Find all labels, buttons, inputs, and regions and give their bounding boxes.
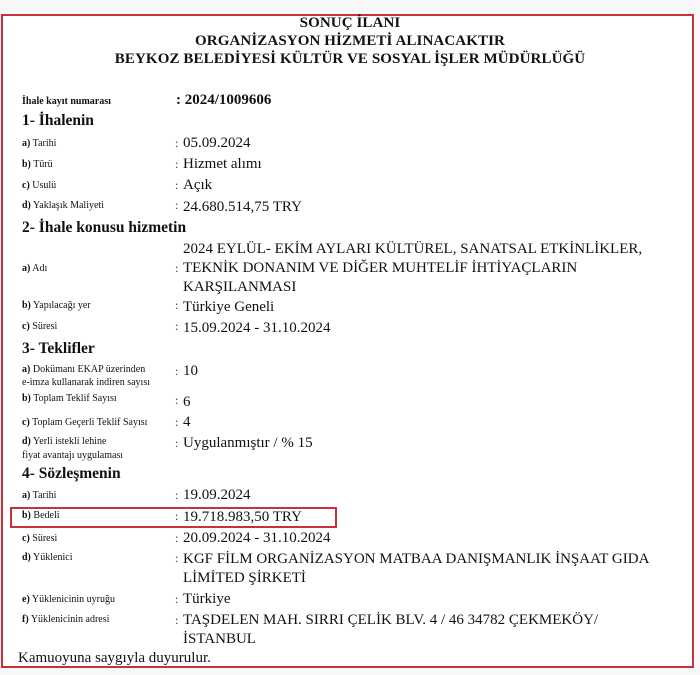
valid-bid-count-value: 4 [183, 413, 191, 431]
section-title-2: 2- İhale konusu hizmetin [22, 219, 186, 237]
colon: : [175, 436, 178, 451]
colon: : [175, 551, 178, 566]
colon: : [175, 364, 178, 379]
contractor-name-line-2: LİMİTED ŞİRKETİ [183, 569, 306, 587]
registration-number-value: : 2024/1009606 [176, 92, 271, 109]
field-label: c) Süresi [22, 321, 57, 333]
registration-number-label: İhale kayıt numarası [22, 96, 111, 107]
colon: : [175, 415, 178, 430]
contractor-nationality-value: Türkiye [183, 590, 230, 608]
colon: : [175, 613, 178, 628]
tender-type-value: Hizmet alımı [183, 155, 262, 173]
field-label: b) Türü [22, 159, 53, 171]
section-title-3: 3- Teklifler [22, 340, 95, 358]
field-label: b) Bedeli [22, 510, 60, 522]
colon: : [175, 488, 178, 503]
field-label: c) Usulü [22, 180, 56, 192]
doc-download-count-value: 10 [183, 362, 198, 380]
field-label: b) Yapılacağı yer [22, 300, 91, 312]
field-label: a) Dokümanı EKAP üzerinden [22, 364, 145, 376]
field-label: c) Toplam Geçerli Teklif Sayısı [22, 417, 147, 429]
colon: : [175, 592, 178, 607]
estimated-cost-value: 24.680.514,75 TRY [183, 198, 302, 216]
colon: : [175, 136, 178, 151]
service-location-value: Türkiye Geneli [183, 298, 274, 316]
service-duration-value: 15.09.2024 - 31.10.2024 [183, 319, 331, 337]
tender-procedure-value: Açık [183, 176, 212, 194]
total-bid-count-value: 6 [183, 393, 191, 411]
field-label-cont: fiyat avantajı uygulaması [22, 450, 123, 462]
tender-date-value: 05.09.2024 [183, 134, 251, 152]
field-label: a) Tarihi [22, 138, 56, 150]
field-label: d) Yaklaşık Maliyeti [22, 200, 104, 212]
contractor-address-line-1: TAŞDELEN MAH. SIRRI ÇELİK BLV. 4 / 46 34… [183, 611, 598, 629]
colon: : [175, 531, 178, 546]
field-label: c) Süresi [22, 533, 57, 545]
doc-institution: BEYKOZ BELEDİYESİ KÜLTÜR VE SOSYAL İŞLER… [0, 51, 700, 68]
service-name-line-3: KARŞILANMASI [183, 278, 296, 296]
section-title-4: 4- Sözleşmenin [22, 465, 121, 483]
contract-duration-value: 20.09.2024 - 31.10.2024 [183, 529, 331, 547]
colon: : [175, 157, 178, 172]
service-name-line-2: TEKNİK DONANIM VE DİĞER MUHTELİF İHTİYAÇ… [183, 259, 577, 277]
closing-statement: Kamuoyuna saygıyla duyurulur. [18, 650, 211, 667]
contract-date-value: 19.09.2024 [183, 486, 251, 504]
field-label: a) Adı [22, 263, 47, 275]
domestic-advantage-value: Uygulanmıştır / % 15 [183, 434, 313, 452]
contractor-address-line-2: İSTANBUL [183, 630, 256, 648]
field-label: b) Toplam Teklif Sayısı [22, 393, 117, 405]
colon: : [175, 319, 178, 334]
colon: : [175, 261, 178, 276]
colon: : [175, 393, 178, 408]
announcement-frame [1, 14, 694, 668]
field-label: a) Tarihi [22, 490, 56, 502]
field-label: d) Yerli istekli lehine [22, 436, 106, 448]
contract-price-value: 19.718.983,50 TRY [183, 508, 302, 526]
colon: : [175, 298, 178, 313]
colon: : [175, 178, 178, 193]
doc-title: SONUÇ İLANI [0, 15, 700, 32]
field-label: f) Yüklenicinin adresi [22, 614, 109, 626]
section-title-1: 1- İhalenin [22, 112, 94, 130]
service-name-line-1: 2024 EYLÜL- EKİM AYLARI KÜLTÜREL, SANATS… [183, 240, 642, 258]
doc-subtitle: ORGANİZASYON HİZMETİ ALINACAKTIR [0, 33, 700, 50]
colon: : [175, 509, 178, 524]
field-label-cont: e-imza kullanarak indiren sayısı [22, 377, 150, 389]
field-label: e) Yüklenicinin uyruğu [22, 594, 115, 606]
colon: : [175, 198, 178, 213]
contractor-name-line-1: KGF FİLM ORGANİZASYON MATBAA DANIŞMANLIK… [183, 550, 649, 568]
field-label: d) Yüklenici [22, 552, 72, 564]
